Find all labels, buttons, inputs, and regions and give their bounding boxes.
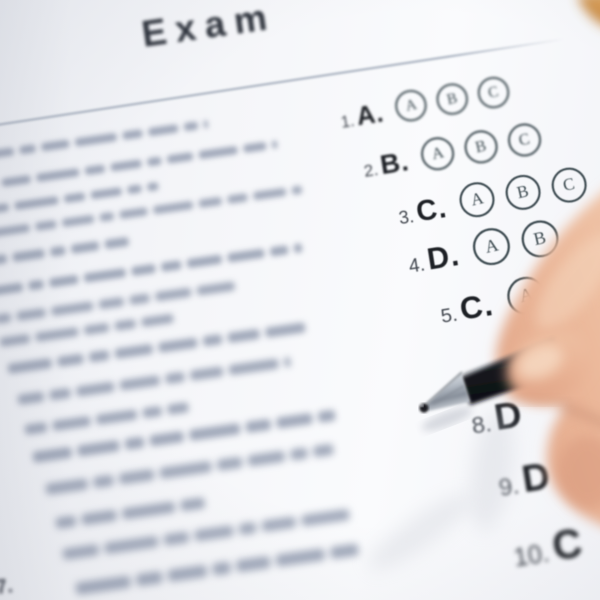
blurred-word (202, 334, 222, 346)
blurred-word (83, 323, 109, 336)
blurred-word (99, 297, 125, 310)
marked-answer: B. (378, 146, 411, 181)
question-number: 1. (340, 111, 356, 132)
stray-question-number: 7. (0, 575, 14, 600)
pen-shadow (361, 484, 480, 580)
blurred-word (119, 469, 155, 485)
blurred-word (119, 207, 147, 219)
option-letter: B (474, 137, 488, 157)
blurred-word (292, 186, 303, 196)
blurred-word (77, 440, 120, 456)
answer-row: 9.D (495, 451, 573, 506)
blurred-word (36, 168, 79, 182)
blurred-word (198, 197, 222, 208)
question-number: 10. (512, 539, 552, 574)
blurred-word (62, 544, 99, 560)
blurred-word (93, 475, 114, 489)
blurred-word (301, 509, 351, 527)
blurred-word (96, 409, 138, 425)
blurred-word (167, 152, 194, 163)
blurred-word (24, 422, 47, 435)
blurred-word (35, 327, 79, 342)
blurred-word (235, 556, 270, 572)
blurred-word (75, 575, 131, 594)
marked-answer: A. (354, 98, 386, 131)
question-number: 9. (497, 472, 521, 503)
blurred-word (99, 212, 115, 222)
page-title: Exam (139, 0, 343, 56)
blurred-word (71, 241, 100, 253)
blurred-word (142, 406, 162, 419)
blurred-word (119, 375, 160, 391)
answer-row: 4.D.AB (406, 220, 574, 280)
blurred-word (0, 334, 30, 347)
blurred-word (0, 224, 30, 238)
blurred-word (265, 322, 306, 337)
blurred-word (161, 260, 182, 272)
blurred-word (0, 147, 14, 159)
blurred-word (243, 142, 266, 153)
blurred-word (63, 192, 85, 203)
blurred-word (0, 313, 11, 324)
blurred-word (45, 478, 88, 495)
answer-row: 5.C.A (438, 277, 562, 331)
option-bubble-a: A (393, 88, 429, 124)
marked-answer: D (519, 454, 555, 502)
option-letter: C (562, 175, 577, 196)
blurred-word (52, 416, 91, 432)
blurred-word (122, 501, 176, 519)
blurred-word (186, 254, 222, 268)
blurred-word (61, 215, 94, 228)
blurred-word (228, 359, 278, 376)
blurred-word (194, 525, 234, 542)
pen-cone-streak (433, 386, 464, 404)
blurred-word (110, 159, 141, 171)
blurred-word (88, 350, 110, 363)
blurred-word (270, 245, 289, 256)
blurred-word (165, 372, 185, 385)
blurred-word (227, 248, 265, 262)
option-letter: A (469, 189, 485, 210)
option-bubble-c: C (549, 165, 589, 205)
blurred-word (41, 140, 70, 151)
blurred-word (283, 357, 291, 368)
blurred-word (157, 337, 197, 352)
blurred-word (50, 246, 66, 257)
pen-barrel-highlight (464, 341, 551, 375)
option-bubble-b: B (462, 128, 500, 166)
blurred-word (227, 193, 247, 204)
blurred-word (183, 121, 198, 130)
blurred-word (124, 436, 145, 449)
blurred-word (246, 419, 272, 433)
blurred-word (330, 543, 359, 558)
blurred-word (55, 515, 77, 529)
option-bubble-b: B (519, 218, 561, 260)
blurred-word (155, 287, 192, 301)
blurred-word (32, 447, 72, 463)
blurred-word (163, 531, 190, 546)
blurred-word (7, 358, 52, 374)
question-number: 5. (439, 303, 459, 328)
pen-cone (424, 373, 470, 411)
blurred-word (90, 187, 122, 199)
option-letter: A (430, 144, 445, 164)
blurred-word (81, 510, 117, 526)
question-number: 2. (362, 160, 379, 182)
blurred-word (127, 184, 143, 194)
blurred-word (49, 388, 71, 401)
blurred-word (238, 522, 257, 536)
option-bubble-a: A (471, 225, 513, 267)
blurred-word (0, 254, 7, 266)
option-letter: B (532, 228, 548, 250)
blurred-word (167, 402, 189, 415)
blurred-word (262, 516, 297, 532)
marked-answer: C (549, 520, 587, 571)
blurred-word (76, 382, 115, 397)
blurred-word (148, 124, 179, 136)
blurred-word (153, 201, 194, 215)
option-bubble-b: B (434, 81, 470, 117)
blurred-word (275, 548, 326, 566)
blurred-word (203, 120, 208, 128)
text-line (24, 401, 195, 435)
blurred-word (276, 413, 314, 429)
text-line (0, 185, 308, 239)
blurred-word (159, 461, 212, 479)
option-letter: C (517, 130, 531, 150)
blurred-word (131, 264, 156, 276)
blurred-word (211, 561, 231, 575)
answer-row: 1.A.ABC (338, 77, 522, 135)
blurred-word (290, 447, 309, 460)
blurred-word (2, 175, 31, 187)
blurred-word (17, 391, 44, 405)
option-letter: A (518, 284, 536, 307)
blurred-word (49, 275, 79, 288)
blurred-word (0, 203, 9, 215)
blurred-word (83, 268, 126, 283)
question-number: 4. (407, 253, 426, 278)
question-number: 8. (470, 410, 494, 440)
blurred-word (114, 319, 136, 331)
blurred-word (199, 146, 238, 159)
text-line (55, 496, 211, 529)
blurred-word (216, 457, 242, 471)
blurred-word (271, 140, 277, 148)
option-letter: A (483, 235, 500, 258)
blurred-word (51, 301, 94, 316)
pen-tip (419, 403, 428, 412)
blurred-word (196, 281, 235, 295)
blurred-word (57, 354, 84, 367)
answer-row: 3.C.ABC (396, 167, 600, 231)
blurred-word (135, 571, 162, 586)
blurred-word (247, 451, 285, 467)
marked-answer: C. (414, 191, 450, 228)
option-letter: B (516, 182, 531, 203)
blurred-word (146, 157, 161, 167)
blurred-word (293, 243, 302, 253)
blurred-word (122, 129, 143, 139)
option-bubble-b: B (503, 172, 543, 212)
blurred-word (129, 293, 150, 305)
text-line (0, 236, 135, 266)
option-bubble-a: A (457, 180, 497, 220)
blurred-word (140, 314, 173, 328)
marked-answer: D. (425, 238, 463, 277)
blurred-word (28, 279, 44, 290)
corner-object-highlight (586, 0, 600, 14)
blurred-word (227, 329, 261, 343)
option-bubble-c: C (476, 75, 512, 111)
option-bubble-a: A (505, 274, 549, 318)
blurred-word (0, 282, 23, 295)
blurred-word (252, 188, 287, 201)
corner-object (577, 0, 600, 30)
blurred-word (84, 164, 105, 175)
blurred-word (147, 182, 159, 191)
blurred-word (149, 431, 184, 446)
blurred-word (12, 249, 45, 262)
pen-tip-glint (420, 404, 423, 407)
blurred-word (180, 497, 205, 511)
answer-row: 8.D (468, 390, 544, 443)
blurred-word (115, 344, 153, 359)
fingernail-highlight (512, 338, 568, 385)
blurred-word (14, 196, 58, 210)
pen-tip-shadow (419, 403, 474, 435)
blurred-word (167, 565, 207, 582)
blurred-word (318, 410, 336, 423)
marked-answer: D (491, 393, 526, 440)
blurred-word (34, 220, 56, 231)
option-letter: C (487, 83, 501, 102)
blurred-word (75, 133, 118, 146)
blurred-word (189, 423, 241, 441)
marked-answer: C. (457, 287, 496, 328)
pen-cone-edge (426, 372, 462, 404)
finger-crease (560, 405, 600, 426)
option-bubble-c: C (506, 121, 544, 159)
question-number: 3. (397, 206, 415, 229)
blurred-word (19, 144, 36, 154)
option-letter: B (446, 90, 460, 109)
option-letter: A (404, 96, 419, 115)
blurred-word (104, 536, 159, 555)
blurred-word (16, 308, 46, 321)
option-bubble-a: A (419, 135, 457, 173)
blurred-word (313, 444, 334, 458)
exam-photo-scene: Exam 7. 1.A.ABC2.B.ABC3.C.ABC4.D.AB5.C.A… (0, 0, 600, 600)
blurred-word (190, 366, 224, 381)
answer-row: 10.C (510, 517, 600, 577)
blurred-word (104, 237, 129, 249)
